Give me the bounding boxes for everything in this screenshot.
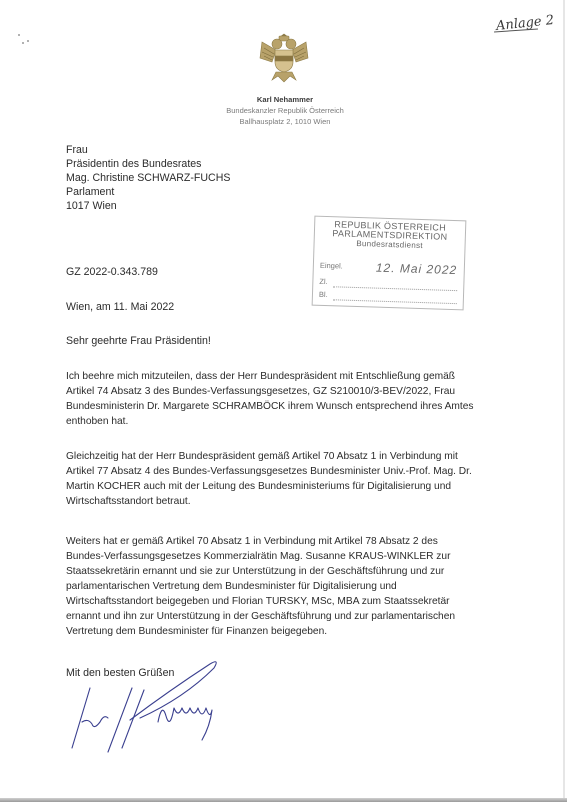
reference-number: GZ 2022-0.343.789 — [66, 266, 158, 278]
recipient-line: Präsidentin des Bundesrates — [66, 157, 230, 171]
recipient-line: 1017 Wien — [66, 199, 230, 213]
page-edge-bottom — [0, 798, 567, 802]
austrian-coat-of-arms-icon — [258, 28, 310, 84]
body-paragraph-1: Ich beehre mich mitzuteilen, dass der He… — [66, 369, 516, 429]
text-line: Ich beehre mich mitzuteilen, dass der He… — [66, 369, 516, 384]
text-line: Martin KOCHER auch mit der Leitung des B… — [66, 479, 516, 494]
date-line: Wien, am 11. Mai 2022 — [66, 301, 174, 313]
text-line: Staatssekretärin ernannt und sie zur Unt… — [66, 564, 516, 579]
text-line: Vertretung dem Bundesminister für Finanz… — [66, 624, 516, 639]
text-line: Bundesministerin Dr. Margarete SCHRAMBÖC… — [66, 399, 516, 414]
body-paragraph-2: Gleichzeitig hat der Herr Bundespräsiden… — [66, 449, 516, 509]
text-line: Wirtschaftsstandort betraut. — [66, 494, 516, 509]
salutation: Sehr geehrte Frau Präsidentin! — [66, 335, 211, 347]
page-edge-right — [563, 0, 565, 800]
body-paragraph-3: Weiters hat er gemäß Artikel 70 Absatz 1… — [66, 534, 516, 639]
recipient-line: Mag. Christine SCHWARZ-FUCHS — [66, 171, 230, 185]
stamp-received-label: Eingel. — [320, 261, 343, 271]
text-line: Weiters hat er gemäß Artikel 70 Absatz 1… — [66, 534, 516, 549]
stamp-received-date: 12. Mai 2022 — [376, 261, 458, 278]
sender-name: Karl Nehammer — [180, 94, 390, 105]
stamp-zl-dots — [333, 285, 457, 291]
handwritten-signature — [60, 660, 280, 760]
text-line: Artikel 74 Absatz 3 des Bundes-Verfassun… — [66, 384, 516, 399]
sender-address: Ballhausplatz 2, 1010 Wien — [180, 116, 390, 127]
text-line: parlamentarischen Vertretung dem Bundesm… — [66, 579, 516, 594]
stamp-bl-label: Bl. — [319, 290, 328, 299]
sender-title: Bundeskanzler Republik Österreich — [180, 105, 390, 116]
recipient-line: Frau — [66, 143, 230, 157]
text-line: Bundes-Verfassungsgesetzes Kommerzialrät… — [66, 549, 516, 564]
text-line: Wirtschaftsstandort beigegeben und Flori… — [66, 594, 516, 609]
scan-specks — [18, 34, 32, 44]
sender-block: Karl Nehammer Bundeskanzler Republik Öst… — [180, 94, 390, 127]
text-line: Gleichzeitig hat der Herr Bundespräsiden… — [66, 449, 516, 464]
receipt-stamp: REPUBLIK ÖSTERREICH PARLAMENTSDIREKTION … — [312, 216, 467, 311]
stamp-bl-dots — [333, 298, 457, 304]
recipient-address: Frau Präsidentin des Bundesrates Mag. Ch… — [66, 143, 230, 213]
recipient-line: Parlament — [66, 185, 230, 199]
text-line: Artikel 77 Absatz 4 des Bundes-Verfassun… — [66, 464, 516, 479]
text-line: enthoben hat. — [66, 414, 516, 429]
stamp-zl-label: Zl. — [319, 277, 328, 286]
text-line: ernannt und ihn zur Unterstützung in der… — [66, 609, 516, 624]
letter-page: Anlage 2 Karl Nehammer Bundeskanzler Rep… — [0, 0, 567, 802]
